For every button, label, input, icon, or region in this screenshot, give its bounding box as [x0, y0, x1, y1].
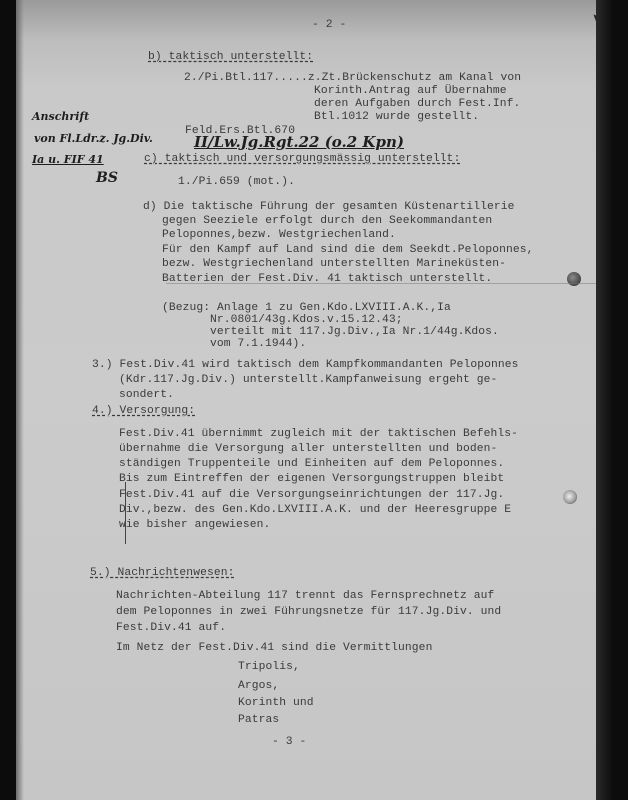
section-4-line: übernahme die Versorgung aller unterstel… — [119, 442, 497, 456]
section-4-line: Fest.Div.41 übernimmt zugleich mit der t… — [119, 427, 518, 441]
fold-line — [166, 283, 606, 284]
section-5-line: dem Peloponnes in zwei Führungsnetze für… — [116, 605, 501, 619]
section-3-line: sondert. — [119, 388, 174, 402]
margin-note-initials: BS — [96, 170, 118, 186]
section-d-line: d) Die taktische Führung der gesamten Kü… — [143, 200, 514, 214]
section-d-line: Peloponnes,bezw. Westgriechenland. — [162, 228, 396, 242]
section-b-line: Korinth.Antrag auf Übernahme — [314, 84, 507, 98]
section-4-line: Bis zum Eintreffen der eigenen Versorgun… — [119, 472, 504, 486]
section-d-line: Für den Kampf auf Land sind die dem Seek… — [162, 243, 533, 257]
section-4-heading: 4.) Versorgung: — [92, 404, 195, 418]
section-b-line: deren Aufgaben durch Fest.Inf. — [314, 97, 520, 111]
section-d-line: gegen Seeziele erfolgt durch den Seekomm… — [162, 214, 492, 228]
section-5-line: Fest.Div.41 auf. — [116, 621, 226, 635]
margin-note-line: Anschrift — [32, 110, 89, 123]
page-shadow-edge — [596, 0, 614, 800]
handwritten-insertion: II/Lw.Jg.Rgt.22 (o.2 Kpn) — [194, 133, 404, 151]
margin-note-line: Ia u. FIF 41 — [32, 153, 104, 166]
page-number-header: - 2 - — [312, 18, 346, 32]
exchange-item: Tripolis, — [238, 660, 300, 674]
section-c-unit: 1./Pi.659 (mot.). — [178, 175, 295, 189]
section-b-label: b) taktisch unterstellt: — [148, 50, 313, 64]
section-3-line: (Kdr.117.Jg.Div.) unterstellt.Kampfanwei… — [119, 373, 497, 387]
section-5-line: Im Netz der Fest.Div.41 sind die Vermitt… — [116, 641, 432, 655]
section-5-heading: 5.) Nachrichtenwesen: — [90, 566, 234, 580]
section-5-line: Nachrichten-Abteilung 117 trennt das Fer… — [116, 589, 494, 603]
section-b-line: Btl.1012 wurde gestellt. — [314, 110, 479, 124]
section-d-line: bezw. Westgriechenland unterstellten Mar… — [162, 257, 506, 271]
section-4-line: ständigen Truppenteile und Einheiten auf… — [119, 457, 504, 471]
exchange-item: Patras — [238, 713, 279, 727]
reference-line: vom 7.1.1944). — [210, 337, 306, 351]
page-number-footer: - 3 - — [272, 735, 306, 749]
margin-bar-mark — [125, 482, 126, 544]
punch-hole — [563, 490, 577, 504]
section-3-line: 3.) Fest.Div.41 wird taktisch dem Kampfk… — [92, 358, 519, 372]
document-page: - 2 - b) taktisch unterstellt: 2./Pi.Btl… — [16, 0, 613, 800]
exchange-item: Korinth und — [238, 696, 314, 710]
section-4-line: wie bisher angewiesen. — [119, 518, 270, 532]
section-b-unit: 2./Pi.Btl.117.....z.Zt.Brückenschutz am … — [184, 71, 521, 85]
margin-note-line: von Fl.Ldr.z. Jg.Div. — [34, 132, 153, 145]
section-c-label: c) taktisch und versorgungsmässig unters… — [144, 152, 460, 166]
section-4-line: Fest.Div.41 auf die Versorgungseinrichtu… — [119, 488, 504, 502]
exchange-item: Argos, — [238, 679, 279, 693]
section-4-line: Div.,bezw. des Gen.Kdo.LXVIII.A.K. und d… — [119, 503, 511, 517]
